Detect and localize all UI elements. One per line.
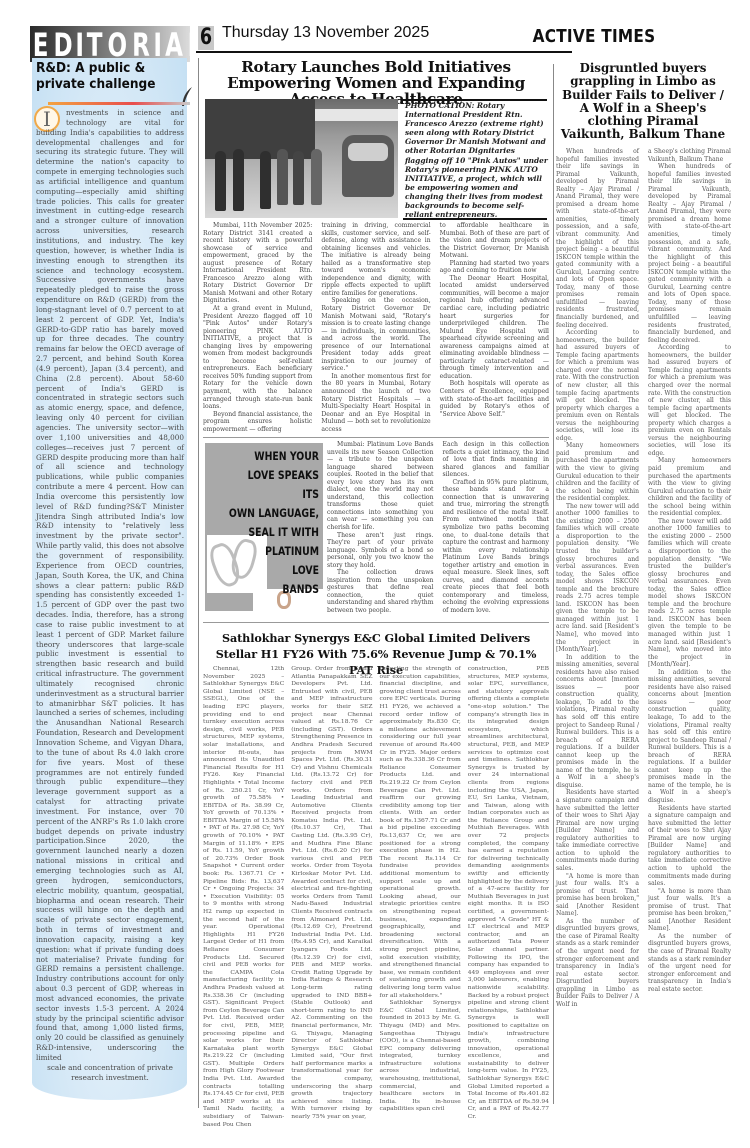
paragraph: "A home is more than just four walls. It… [556, 873, 639, 918]
editorial-text: nvestments in science and technology are… [36, 108, 184, 1062]
logo-letter: T [87, 26, 101, 62]
logo-letter: A [165, 26, 181, 62]
paragraph: At a grand event in Mulund, President Ar… [203, 305, 312, 411]
caption-rule [403, 218, 547, 220]
paragraph: These aren't just rings. They're part of… [327, 532, 434, 570]
platinum-ad: WHEN YOUR LOVE SPEAKS ITS OWN LANGUAGE, … [205, 443, 323, 611]
paragraph: Planning had started two years ago and c… [440, 260, 549, 275]
paragraph: As the number of disgruntled buyers grow… [556, 918, 639, 1009]
paragraph: Beyond financial assistance, the program… [203, 411, 312, 434]
editorial-title: R&D: A public & private challenge [36, 60, 171, 92]
paragraph: Speaking on the occasion, Rotary Distric… [321, 297, 430, 372]
paragraph: Group. Order from Grand Atlantia Panapak… [291, 665, 372, 1121]
paragraph: "A home is more than just four walls. It… [648, 888, 731, 933]
paragraph: a Sheep's clothing Piramal Vaikunth, Bal… [648, 148, 731, 163]
disgruntled-body: When hundreds of hopeful families invest… [556, 148, 731, 1008]
photo-caption: PHOTO CATION: Rotary International Presi… [405, 101, 549, 219]
logo-letter: R [133, 26, 149, 62]
paragraph: to affordable healthcare in Mumbai. Both… [440, 222, 549, 260]
paragraph: Many homeowners paid premium and purchas… [648, 457, 731, 517]
rotary-photo [205, 99, 398, 218]
column-divider [198, 58, 199, 1108]
issue-date: Thursday 13 November 2025 [222, 24, 429, 42]
editorial-text-end: scale and concentration of private resea… [36, 1063, 184, 1083]
paragraph: When hundreds of hopeful families invest… [556, 148, 639, 329]
paragraph: In addition to the missing amenities, se… [556, 654, 639, 790]
logo-letter: I [153, 26, 160, 62]
paragraph: Crafted in 95% pure platinum, these band… [443, 479, 550, 615]
paragraph: The new tower will add another 1000 fami… [556, 503, 639, 654]
disgruntled-headline: Disgruntled buyers grappling in Limbo as… [556, 62, 730, 142]
paragraph: The collection draws inspiration from th… [327, 569, 434, 614]
platinum-body: Mumbai: Platinum Love Bands unveils its … [327, 441, 549, 615]
logo-letter: E [33, 26, 47, 62]
paragraph: According to homeowners, the builder had… [648, 344, 731, 457]
paragraph: Both hospitals will operate as Centers o… [440, 380, 549, 418]
page-number: 6 [198, 26, 214, 50]
section-rule [203, 622, 549, 623]
paragraph: Mumbai: Platinum Love Bands unveils its … [327, 441, 434, 532]
title-underline [48, 102, 190, 105]
paragraph: According to homeowners, the builder had… [556, 329, 639, 442]
rotary-body: Mumbai, 11th November 2025: Rotary Distr… [203, 222, 549, 430]
editorial-body: nvestments in science and technology are… [36, 108, 184, 1083]
paragraph: In another momentous first for the 80 ye… [321, 373, 430, 433]
paragraph: Mumbai, 11th November 2025: Rotary Distr… [203, 222, 312, 305]
masthead: E D I T O R I A L 6 Thursday 13 November… [0, 22, 750, 58]
paragraph: Chennai, 12th November 2025 – Sathlokhar… [203, 665, 284, 1128]
paragraph: The new tower will add another 1000 fami… [648, 518, 731, 669]
paragraph: Many homeowners paid premium and purchas… [556, 442, 639, 502]
logo-letter: D [53, 26, 71, 62]
paragraph: In addition to the missing amenities, se… [648, 669, 731, 805]
logo-letter: O [108, 26, 126, 62]
paragraph: Each design in this collection reflects … [443, 441, 550, 479]
section-rule [203, 437, 549, 438]
logo-letter: L [187, 26, 190, 62]
paragraph: Sathlokhar Synergys E&C Global Limited, … [380, 999, 461, 1113]
column-divider [553, 64, 554, 1104]
masthead-rule [196, 51, 572, 53]
paragraph: construction, PEB structures, MEP system… [468, 665, 549, 1121]
editorial-section-logo: E D I T O R I A L [30, 26, 190, 62]
paragraph: training in driving, commercial skills, … [321, 222, 430, 297]
ad-slogan: WHEN YOUR LOVE SPEAKS ITS OWN LANGUAGE, … [229, 447, 319, 599]
paragraph: The Deonar Heart Hospital, located amids… [440, 275, 549, 381]
paragraph: As the number of disgruntled buyers grow… [648, 933, 731, 993]
sathlokhar-body: Chennai, 12th November 2025 – Sathlokhar… [203, 665, 549, 1128]
paragraph: Residents have started a signature campa… [556, 789, 639, 872]
paragraph: When hundreds of hopeful families invest… [648, 163, 731, 344]
newspaper-name: ACTIVE TIMES [532, 26, 655, 47]
logo-letter: I [76, 26, 83, 62]
paragraph: reflecting the strength of our execution… [380, 665, 461, 999]
paragraph: Residents have started a signature campa… [648, 805, 731, 888]
